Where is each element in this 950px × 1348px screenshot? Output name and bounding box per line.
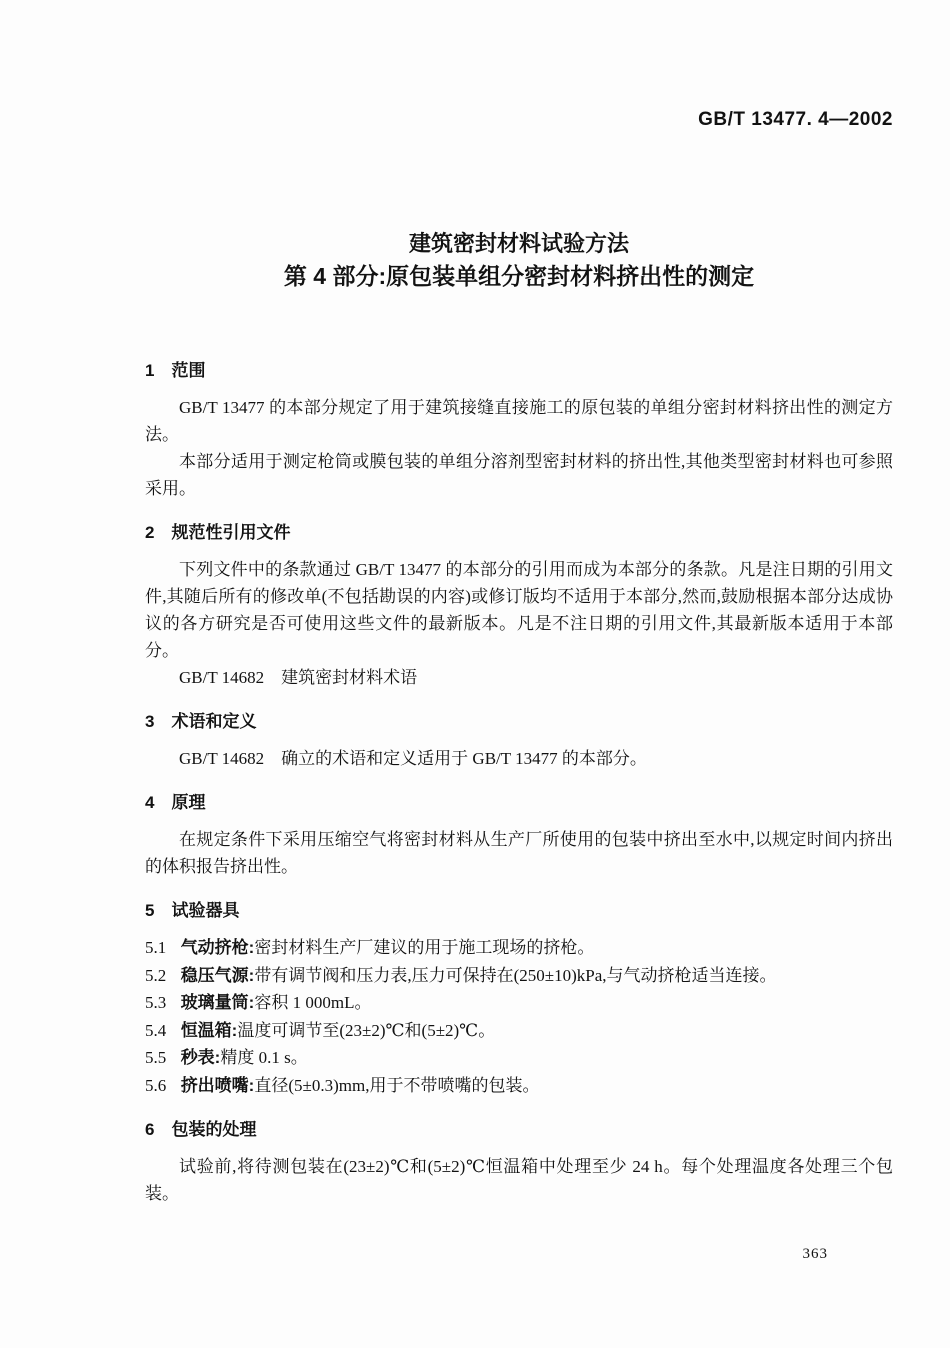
section-5-heading: 5 试验器具 [145, 897, 893, 924]
item-number: 5.4 [145, 1017, 181, 1045]
list-item: 5.3玻璃量筒:容积 1 000mL。 [145, 989, 893, 1017]
section-2-heading: 2 规范性引用文件 [145, 519, 893, 546]
section-6-paragraph: 试验前,将待测包装在(23±2)℃和(5±2)℃恒温箱中处理至少 24 h。每个… [145, 1153, 893, 1207]
section-1-paragraph: GB/T 13477 的本部分规定了用于建筑接缝直接施工的原包装的单组分密封材料… [145, 394, 893, 448]
item-term: 气动挤枪: [181, 938, 255, 957]
standard-number-header: GB/T 13477. 4—2002 [145, 0, 893, 133]
section-3-heading: 3 术语和定义 [145, 708, 893, 735]
document-title-line1: 建筑密封材料试验方法 [145, 227, 893, 260]
item-number: 5.1 [145, 934, 181, 962]
list-item: 5.6挤出喷嘴:直径(5±0.3)mm,用于不带喷嘴的包装。 [145, 1072, 893, 1100]
item-number: 5.3 [145, 989, 181, 1017]
item-term: 挤出喷嘴: [181, 1076, 255, 1095]
list-item: 5.4恒温箱:温度可调节至(23±2)℃和(5±2)℃。 [145, 1017, 893, 1045]
item-term: 恒温箱: [181, 1021, 238, 1040]
item-description: 温度可调节至(23±2)℃和(5±2)℃。 [237, 1021, 495, 1040]
item-number: 5.2 [145, 962, 181, 990]
page-number: 363 [803, 1246, 829, 1263]
list-item: 5.2稳压气源:带有调节阀和压力表,压力可保持在(250±10)kPa,与气动挤… [145, 962, 893, 990]
item-description: 容积 1 000mL。 [254, 993, 371, 1012]
apparatus-list: 5.1气动挤枪:密封材料生产厂建议的用于施工现场的挤枪。 5.2稳压气源:带有调… [145, 934, 893, 1099]
section-4-heading: 4 原理 [145, 789, 893, 816]
section-3-paragraph: GB/T 14682 确立的术语和定义适用于 GB/T 13477 的本部分。 [145, 745, 893, 772]
item-description: 直径(5±0.3)mm,用于不带喷嘴的包装。 [254, 1076, 539, 1095]
item-description: 密封材料生产厂建议的用于施工现场的挤枪。 [254, 938, 594, 957]
section-1-heading: 1 范围 [145, 357, 893, 384]
item-description: 精度 0.1 s。 [220, 1048, 307, 1067]
item-number: 5.6 [145, 1072, 181, 1100]
item-description: 带有调节阀和压力表,压力可保持在(250±10)kPa,与气动挤枪适当连接。 [254, 966, 776, 985]
list-item: 5.1气动挤枪:密封材料生产厂建议的用于施工现场的挤枪。 [145, 934, 893, 962]
section-2-reference: GB/T 14682 建筑密封材料术语 [145, 664, 893, 691]
section-6-heading: 6 包装的处理 [145, 1116, 893, 1143]
item-term: 玻璃量筒: [181, 993, 255, 1012]
section-1-paragraph: 本部分适用于测定枪筒或膜包装的单组分溶剂型密封材料的挤出性,其他类型密封材料也可… [145, 448, 893, 502]
item-term: 秒表: [181, 1048, 221, 1067]
list-item: 5.5秒表:精度 0.1 s。 [145, 1044, 893, 1072]
item-number: 5.5 [145, 1044, 181, 1072]
standard-document-page: GB/T 13477. 4—2002 建筑密封材料试验方法 第 4 部分:原包装… [0, 0, 950, 1348]
document-title: 建筑密封材料试验方法 第 4 部分:原包装单组分密封材料挤出性的测定 [145, 227, 893, 293]
section-2-paragraph: 下列文件中的条款通过 GB/T 13477 的本部分的引用而成为本部分的条款。凡… [145, 556, 893, 664]
item-term: 稳压气源: [181, 966, 255, 985]
document-content: GB/T 13477. 4—2002 建筑密封材料试验方法 第 4 部分:原包装… [145, 0, 893, 1207]
document-title-line2: 第 4 部分:原包装单组分密封材料挤出性的测定 [145, 260, 893, 293]
section-4-paragraph: 在规定条件下采用压缩空气将密封材料从生产厂所使用的包装中挤出至水中,以规定时间内… [145, 826, 893, 880]
